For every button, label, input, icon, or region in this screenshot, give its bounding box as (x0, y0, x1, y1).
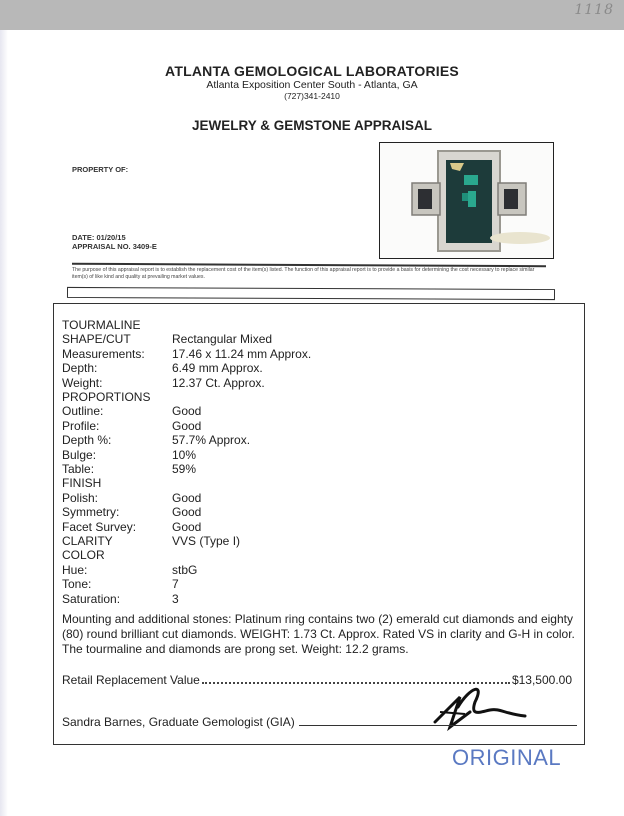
detail-label: Measurements: (62, 347, 145, 361)
detail-value: Good (172, 404, 201, 418)
detail-label: Tone: (62, 577, 91, 591)
detail-row: Bulge:10% (62, 448, 96, 462)
detail-row: Outline:Good (62, 404, 103, 418)
detail-label: Depth: (62, 361, 97, 375)
detail-label: SHAPE/CUT (62, 332, 131, 346)
appraisal-date: DATE: 01/20/15 (72, 233, 126, 242)
detail-label: FINISH (62, 476, 101, 490)
property-of: PROPERTY OF: (72, 165, 128, 174)
detail-row: Weight:12.37 Ct. Approx. (62, 376, 102, 390)
ring-image (380, 143, 553, 258)
detail-row: Tone:7 (62, 577, 91, 591)
detail-value: VVS (Type I) (172, 534, 240, 548)
detail-row: Facet Survey:Good (62, 520, 136, 534)
document-title: JEWELRY & GEMSTONE APPRAISAL (0, 118, 624, 133)
detail-value: 3 (172, 592, 179, 606)
detail-row: Profile:Good (62, 419, 99, 433)
retail-label: Retail Replacement Value (62, 673, 200, 687)
decorative-box (67, 287, 555, 300)
detail-label: Profile: (62, 419, 99, 433)
detail-row: Depth %:57.7% Approx. (62, 433, 111, 447)
detail-value: Good (172, 505, 201, 519)
detail-row: CLARITYVVS (Type I) (62, 534, 113, 548)
detail-label: Weight: (62, 376, 102, 390)
signature-rule (299, 725, 577, 726)
handwritten-margin-note: 1118 (574, 2, 614, 18)
signature-line: Sandra Barnes, Graduate Gemologist (GIA) (62, 715, 577, 729)
detail-label: Hue: (62, 563, 87, 577)
appraisal-number: APPRAISAL NO. 3409-E (72, 242, 157, 251)
detail-label: Bulge: (62, 448, 96, 462)
purpose-statement: The purpose of this appraisal report is … (72, 267, 548, 281)
detail-row: TOURMALINE (62, 318, 140, 332)
scan-top-strip: 1118 (0, 0, 624, 30)
detail-value: Rectangular Mixed (172, 332, 272, 346)
detail-row: Symmetry:Good (62, 505, 119, 519)
detail-value: 17.46 x 11.24 mm Approx. (172, 347, 311, 361)
detail-value: 59% (172, 462, 196, 476)
mounting-description: Mounting and additional stones: Platinum… (62, 612, 577, 657)
detail-label: PROPORTIONS (62, 390, 150, 404)
lab-phone: (727)341-2410 (0, 91, 624, 101)
detail-row: Hue:stbG (62, 563, 87, 577)
detail-row: Measurements:17.46 x 11.24 mm Approx. (62, 347, 145, 361)
detail-row: SHAPE/CUTRectangular Mixed (62, 332, 131, 346)
detail-row: Saturation:3 (62, 592, 120, 606)
original-stamp: ORIGINAL (452, 745, 561, 771)
detail-label: CLARITY (62, 534, 113, 548)
detail-label: Polish: (62, 491, 98, 505)
date-value: 01/20/15 (96, 233, 125, 242)
detail-row: PROPORTIONS (62, 390, 150, 404)
detail-row: FINISH (62, 476, 101, 490)
detail-value: 10% (172, 448, 196, 462)
detail-label: COLOR (62, 548, 105, 562)
detail-row: Depth:6.49 mm Approx. (62, 361, 97, 375)
appraisal-value: 3409-E (133, 242, 157, 251)
detail-row: Table:59% (62, 462, 94, 476)
lab-address: Atlanta Exposition Center South - Atlant… (0, 79, 624, 91)
detail-value: 57.7% Approx. (172, 433, 250, 447)
detail-value: Good (172, 520, 201, 534)
scan-edge (0, 30, 8, 816)
detail-value: Good (172, 491, 201, 505)
detail-value: 6.49 mm Approx. (172, 361, 263, 375)
detail-value: Good (172, 419, 201, 433)
date-label: DATE: (72, 233, 94, 242)
detail-row: COLOR (62, 548, 105, 562)
ring-photo (379, 142, 554, 259)
appraisal-label: APPRAISAL NO. (72, 242, 131, 251)
detail-value: 7 (172, 577, 179, 591)
detail-label: Table: (62, 462, 94, 476)
property-label: PROPERTY OF: (72, 165, 128, 174)
signer-name: Sandra Barnes, Graduate Gemologist (GIA) (62, 715, 295, 729)
detail-row: Polish:Good (62, 491, 98, 505)
detail-label: TOURMALINE (62, 318, 140, 332)
detail-value: 12.37 Ct. Approx. (172, 376, 265, 390)
detail-label: Outline: (62, 404, 103, 418)
lab-name: ATLANTA GEMOLOGICAL LABORATORIES (0, 63, 624, 79)
detail-label: Saturation: (62, 592, 120, 606)
detail-value: stbG (172, 563, 197, 577)
detail-label: Symmetry: (62, 505, 119, 519)
detail-label: Facet Survey: (62, 520, 136, 534)
detail-label: Depth %: (62, 433, 111, 447)
